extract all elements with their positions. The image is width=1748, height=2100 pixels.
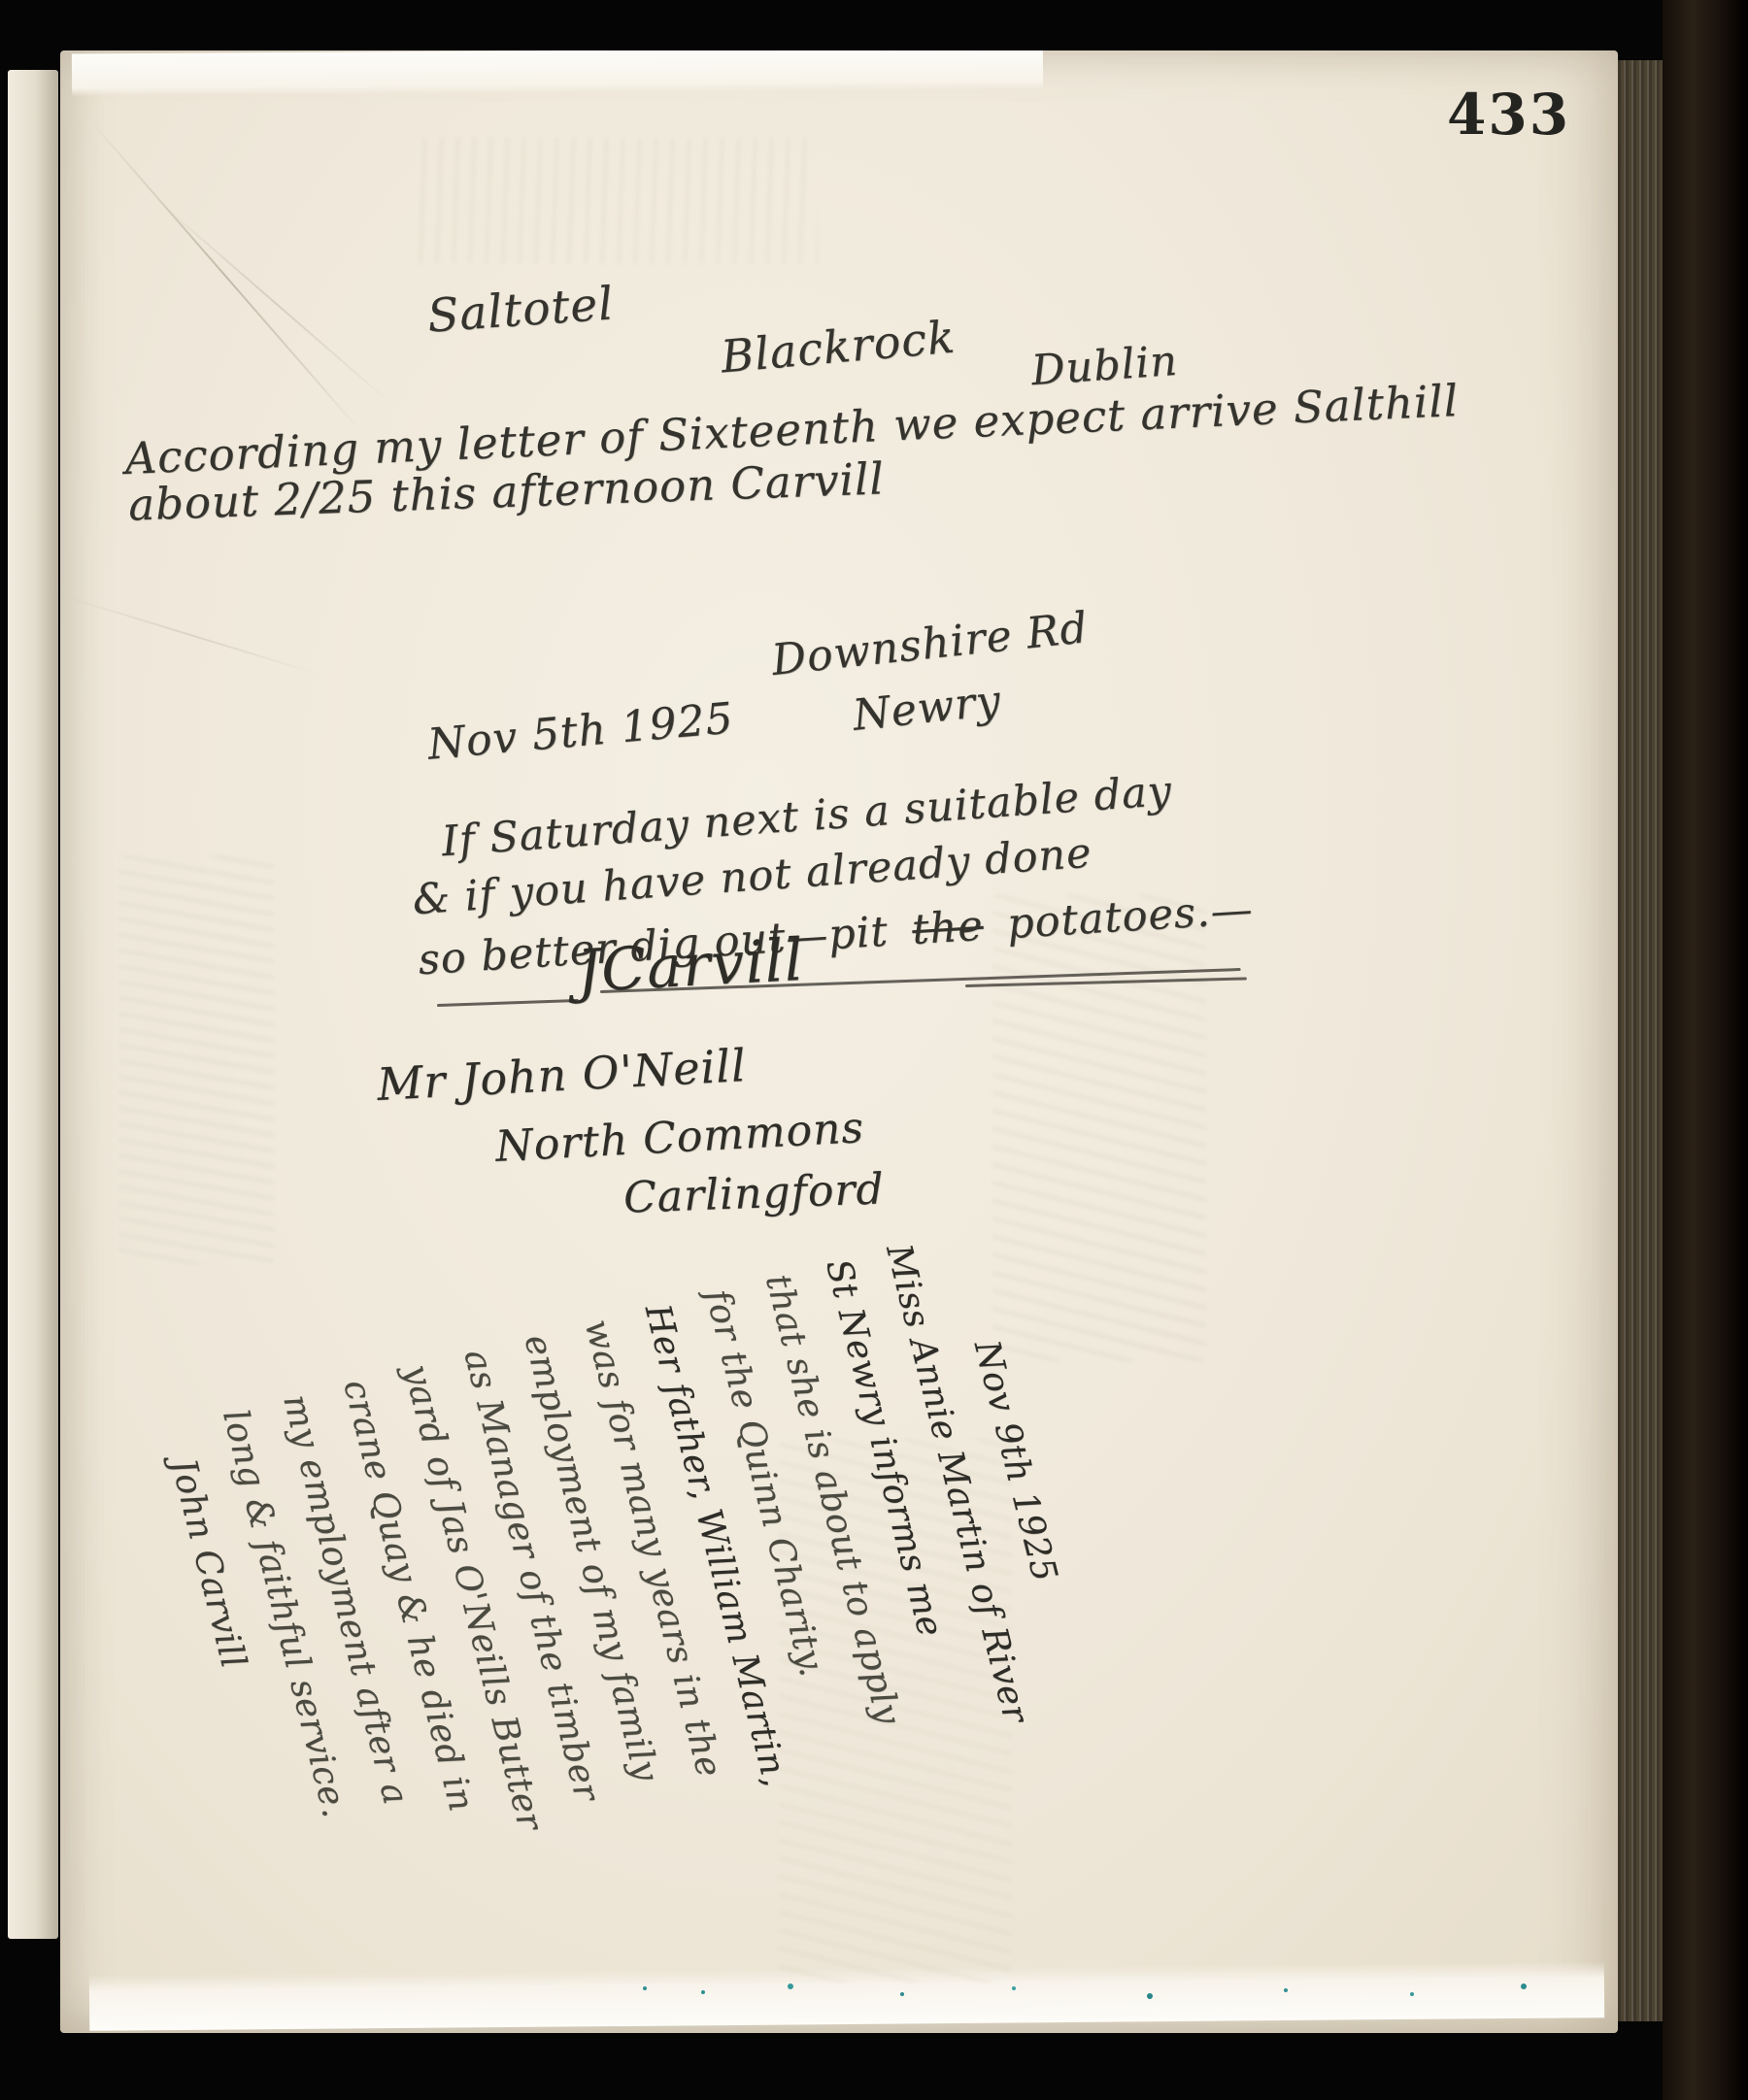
paper-crease <box>88 118 364 435</box>
recipient-address1: North Commons <box>494 1103 865 1172</box>
paper-crease <box>60 594 320 676</box>
telegram-location-blackrock: Blackrock <box>719 311 958 383</box>
letter-signature: JCarvill <box>575 926 805 1006</box>
page-number: 433 <box>1447 82 1570 148</box>
letter-date: Nov 5th 1925 <box>425 693 735 769</box>
book-photograph: 433 Saltotel Blackrock Dublin According … <box>0 0 1748 2100</box>
recipient-address2: Carlingford <box>622 1164 885 1222</box>
signature-dash-left <box>437 999 579 1007</box>
manuscript-page: 433 Saltotel Blackrock Dublin According … <box>60 50 1618 2033</box>
telegram-location-saltotel: Saltotel <box>425 277 616 343</box>
bleed-through-text <box>410 138 818 264</box>
letter-address-line2: Newry <box>851 676 1004 741</box>
letter-address-line1: Downshire Rd <box>769 603 1091 685</box>
book-cover-edge <box>1663 0 1748 2100</box>
page-block-edge <box>1616 60 1664 2021</box>
marbled-edge-speckles-bottom <box>643 1986 647 1990</box>
top-sheet-edge <box>72 50 1043 96</box>
telegram-location-dublin: Dublin <box>1029 337 1179 395</box>
paper-crease <box>152 196 395 408</box>
bleed-through-text <box>118 856 274 1264</box>
recipient-name: Mr John O'Neill <box>376 1039 748 1111</box>
struck-out-word: the <box>911 902 985 954</box>
bleed-through-text <box>992 895 1206 1361</box>
left-page-edge <box>8 70 58 1939</box>
